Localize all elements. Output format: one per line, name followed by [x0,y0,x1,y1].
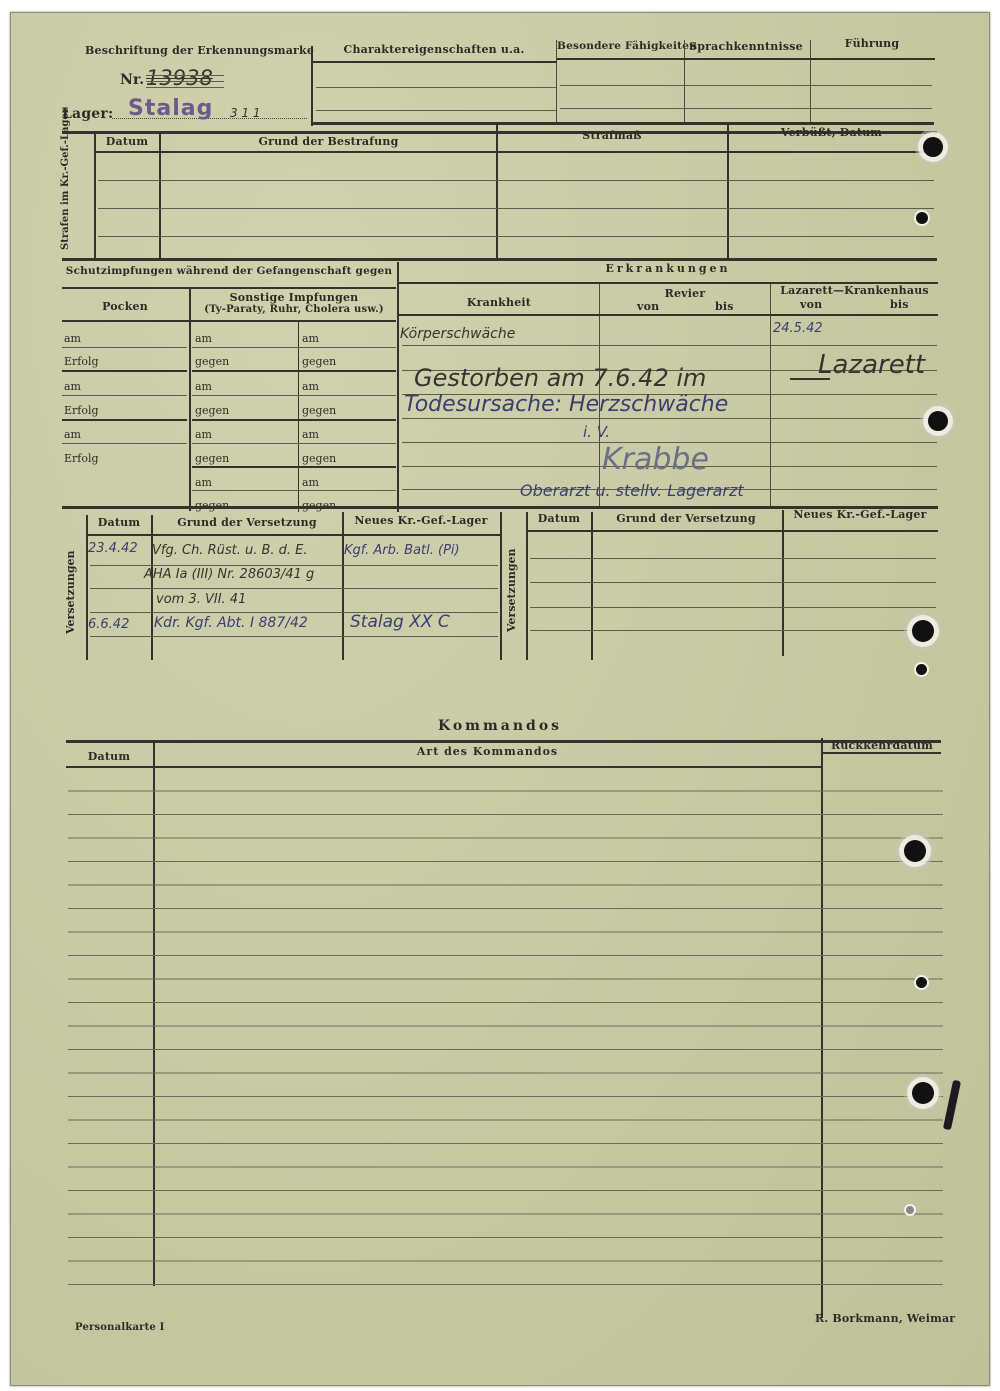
transfer-col-date: Datum [88,516,150,529]
revier-bis: bis [715,300,734,313]
doctor-title: Oberarzt u. stellv. Lagerarzt [520,481,744,500]
illness-disease: Körperschwäche [400,326,515,342]
transfer-2-date: 6.6.42 [88,617,129,632]
printer-imprint: R. Borkmann, Weimar [815,1312,955,1325]
kommandos-title: Kommandos [60,718,940,734]
illness-col-revier: Revier [600,287,770,300]
punish-col-date: Datum [96,135,158,148]
sonst-b-4: gegen [302,404,336,417]
sonst-a-6: gegen [195,452,229,465]
pocken-row-5: am [64,428,81,441]
death-statement: Gestorben am 7.6.42 im [414,364,706,392]
punch-hole-small [906,1206,914,1214]
punch-hole [912,620,934,642]
transfers-side-label: Versetzungen [64,528,77,656]
transfer-1-reason-2: AHA Ia (III) Nr. 28603/41 g [144,567,314,582]
sonst-a-7: am [195,476,212,489]
kommandos-col-type: Art des Kommandos [155,745,820,758]
death-place: Lazarett [818,350,925,380]
sonst-b-3: am [302,380,319,393]
punch-hole-small [916,977,927,988]
transfer-1-date: 23.4.42 [88,541,138,556]
transfer-2-camp: Stalag XX C [350,612,450,632]
sonst-b-2: gegen [302,355,336,368]
transfer-2-reason: Kdr. Kgf. Abt. I 887/42 [154,615,308,631]
pocken-row-4: Erfolg [64,404,99,417]
sonst-a-2: gegen [195,355,229,368]
kommandos-col-return: Rückkehrdatum [823,739,941,752]
punch-hole-small [916,664,927,675]
sonst-a-5: am [195,428,212,441]
transfer-1-reason-3: vom 3. VII. 41 [156,592,246,607]
sonst-b-6: gegen [302,452,336,465]
sonst-a-1: am [195,332,212,345]
lazarett-bis: bis [890,298,909,311]
lager-suffix: 3 1 1 [230,106,261,120]
vacc-col-sonstige-sub: (Ty-Paraty, Ruhr, Cholera usw.) [192,304,396,315]
revier-von: von [637,300,659,313]
transfer-r-col-reason: Grund der Versetzung [593,512,779,525]
transfer-r-col-camp: Neues Kr.-Gef.-Lager [784,508,936,521]
punch-hole [923,137,943,157]
punch-hole [928,411,948,431]
col-abilities: Besondere Fähigkeiten [557,40,683,52]
transfer-r-col-date: Datum [528,512,590,525]
col-conduct: Führung [812,37,932,50]
transfer-col-reason: Grund der Versetzung [153,516,341,529]
transfer-1-reason: Vfg. Ch. Rüst. u. B. d. E. [152,543,308,558]
tag-label: Beschriftung der Erkennungsmarke [85,44,314,57]
sonst-a-3: am [195,380,212,393]
kommandos-col-date: Datum [66,750,152,763]
illness-lazarett-from: 24.5.42 [773,321,823,336]
vacc-col-pocken: Pocken [62,300,188,313]
illness-title: Erkrankungen [400,262,936,275]
iv-note: i. V. [583,423,610,441]
doctor-signature: Krabbe [602,442,709,477]
punishments-side-label: Strafen im Kr.-Gef.-Lager [60,140,71,250]
pocken-row-6: Erfolg [64,452,99,465]
col-languages: Sprachkenntnisse [686,40,806,53]
illness-col-lazarett: Lazarett—Krankenhaus [772,284,937,297]
nr-label: Nr. [120,72,144,88]
punish-col-penalty: Strafmaß [498,129,726,142]
punch-hole [904,840,926,862]
illness-col-disease: Krankheit [400,296,598,309]
lazarett-von: von [800,298,822,311]
cause-of-death: Todesursache: Herzschwäche [404,392,728,417]
lager-stamp: Stalag [128,96,213,121]
sonst-b-7: am [302,476,319,489]
transfer-1-camp: Kgf. Arb. Batl. (Pi) [344,543,460,558]
sonst-b-5: am [302,428,319,441]
pocken-row-3: am [64,380,81,393]
vacc-title: Schutzimpfungen während der Gefangenscha… [62,265,396,277]
transfer-col-camp: Neues Kr.-Gef.-Lager [344,514,498,527]
col-character: Charaktereigenschaften u.a. [314,43,554,56]
pocken-row-1: am [64,332,81,345]
punish-col-served: Verbüßt, Datum [729,126,934,139]
sonst-a-4: gegen [195,404,229,417]
punish-col-reason: Grund der Bestrafung [161,135,496,148]
vacc-col-sonstige: Sonstige Impfungen [192,291,396,304]
transfers-right-side-label: Versetzungen [505,540,518,640]
kommandos-ruled-lines [68,768,943,1288]
sonst-b-1: am [302,332,319,345]
pocken-row-2: Erfolg [64,355,99,368]
punch-hole-small [916,212,928,224]
form-name: Personalkarte I [75,1322,165,1333]
punch-hole [912,1082,934,1104]
